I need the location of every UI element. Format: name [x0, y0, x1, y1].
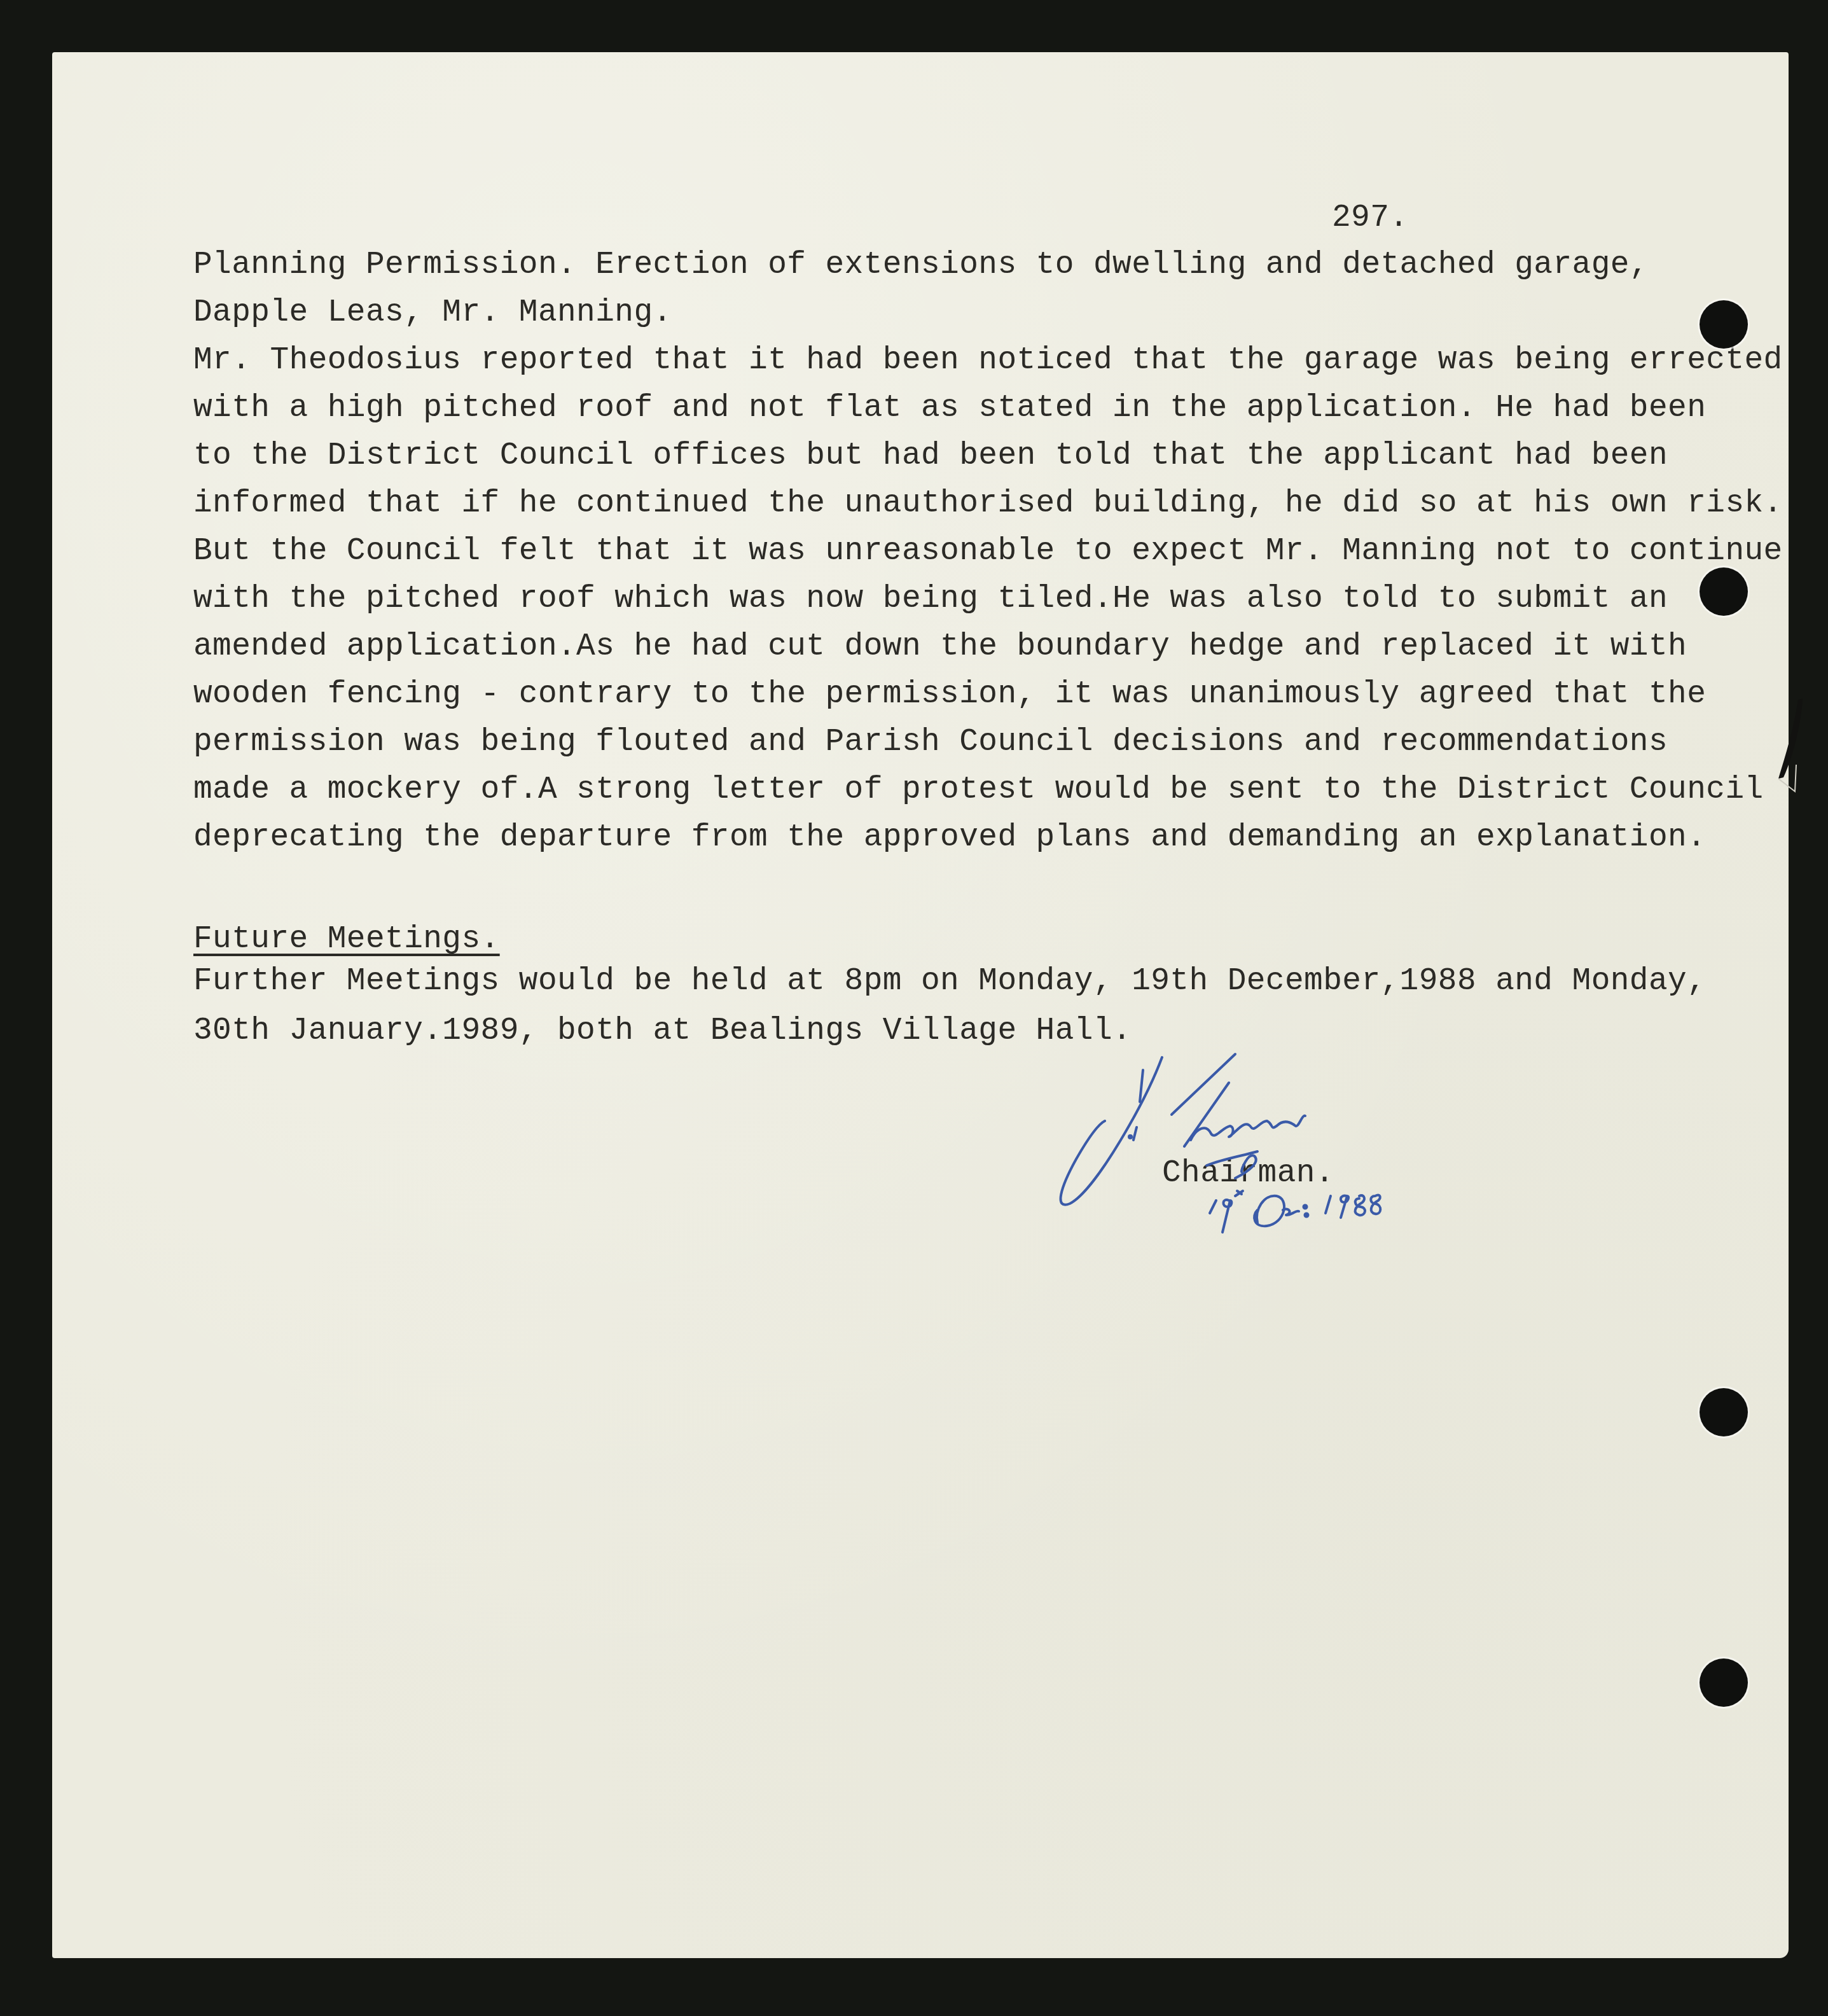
text-line: Dapple Leas, Mr. Manning. [193, 297, 672, 329]
text-line: Mr. Theodosius reported that it had been… [193, 345, 1783, 377]
punch-hole [1700, 1658, 1748, 1707]
text-line: Planning Permission. Erection of extensi… [193, 249, 1649, 281]
text-line: with the pitched roof which was now bein… [193, 583, 1668, 615]
text-line: 30th January.1989, both at Bealings Vill… [193, 1015, 1132, 1047]
handwritten-signature [1044, 1032, 1680, 1248]
text-line: to the District Council offices but had … [193, 440, 1668, 472]
text-line: But the Council felt that it was unreaso… [193, 536, 1783, 567]
tear-mark [1769, 695, 1808, 803]
text-line: amended application.As he had cut down t… [193, 631, 1687, 663]
future-meetings-heading: Future Meetings. [193, 924, 500, 956]
punch-hole [1700, 300, 1748, 349]
text-line: informed that if he continued the unauth… [193, 488, 1783, 520]
document-page: 297. Planning Permission. Erection of ex… [52, 52, 1789, 1958]
text-line: with a high pitched roof and not flat as… [193, 393, 1706, 424]
text-line: Further Meetings would be held at 8pm on… [193, 966, 1706, 998]
punch-hole [1700, 567, 1748, 616]
punch-hole [1700, 1388, 1748, 1436]
text-line: deprecating the departure from the appro… [193, 822, 1706, 854]
text-line: wooden fencing - contrary to the permiss… [193, 679, 1706, 711]
text-line: made a mockery of.A strong letter of pro… [193, 774, 1764, 806]
page-number: 297. [1332, 202, 1408, 234]
text-line: permission was being flouted and Parish … [193, 726, 1668, 758]
